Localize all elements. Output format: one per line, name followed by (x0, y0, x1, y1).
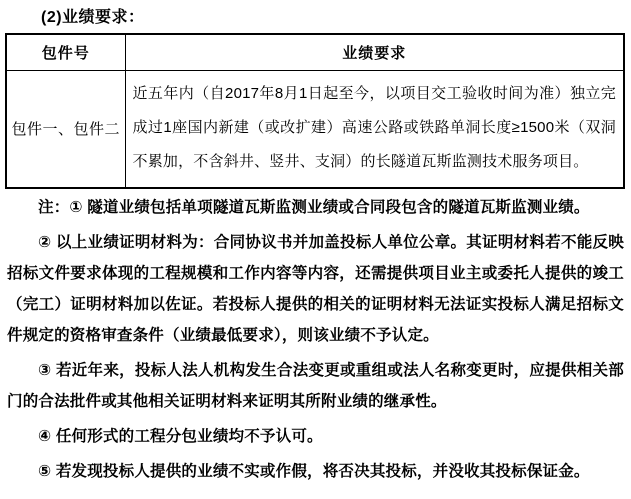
requirements-table-body: 包件一、包件二 近五年内（自2017年8月1日起至今，以项目交工验收时间为准）独… (6, 70, 624, 188)
note-2: ② 以上业绩证明材料为：合同协议书并加盖投标人单位公章。其证明材料若不能反映招标… (7, 227, 624, 351)
note-3: ③ 若近年来，投标人法人机构发生合法变更或重组或法人名称变更时，应提供相关部门的… (7, 355, 624, 417)
note-4: ④ 任何形式的工程分包业绩均不予认可。 (7, 421, 624, 452)
requirements-table-head: 包件号 业绩要求 (6, 34, 624, 70)
requirements-table: 包件号 业绩要求 包件一、包件二 近五年内（自2017年8月1日起至今，以项目交… (5, 33, 625, 189)
table-header-row: 包件号 业绩要求 (6, 34, 624, 70)
section-heading: (2)业绩要求： (0, 7, 631, 28)
notes-section: 注：① 隧道业绩包括单项隧道瓦斯监测业绩或合同段包含的隧道瓦斯监测业绩。 ② 以… (7, 192, 624, 487)
header-performance-requirement: 业绩要求 (125, 34, 624, 70)
header-package-number: 包件号 (6, 34, 125, 70)
document-page: (2)业绩要求： 包件号 业绩要求 包件一、包件二 近五年内（自2017年8月1… (0, 0, 631, 499)
cell-package-number: 包件一、包件二 (6, 70, 125, 188)
note-1: 注：① 隧道业绩包括单项隧道瓦斯监测业绩或合同段包含的隧道瓦斯监测业绩。 (7, 192, 624, 223)
cell-performance-requirement: 近五年内（自2017年8月1日起至今，以项目交工验收时间为准）独立完成过1座国内… (125, 70, 624, 188)
note-5: ⑤ 若发现投标人提供的业绩不实或作假，将否决其投标，并没收其投标保证金。 (7, 456, 624, 487)
table-row: 包件一、包件二 近五年内（自2017年8月1日起至今，以项目交工验收时间为准）独… (6, 70, 624, 188)
